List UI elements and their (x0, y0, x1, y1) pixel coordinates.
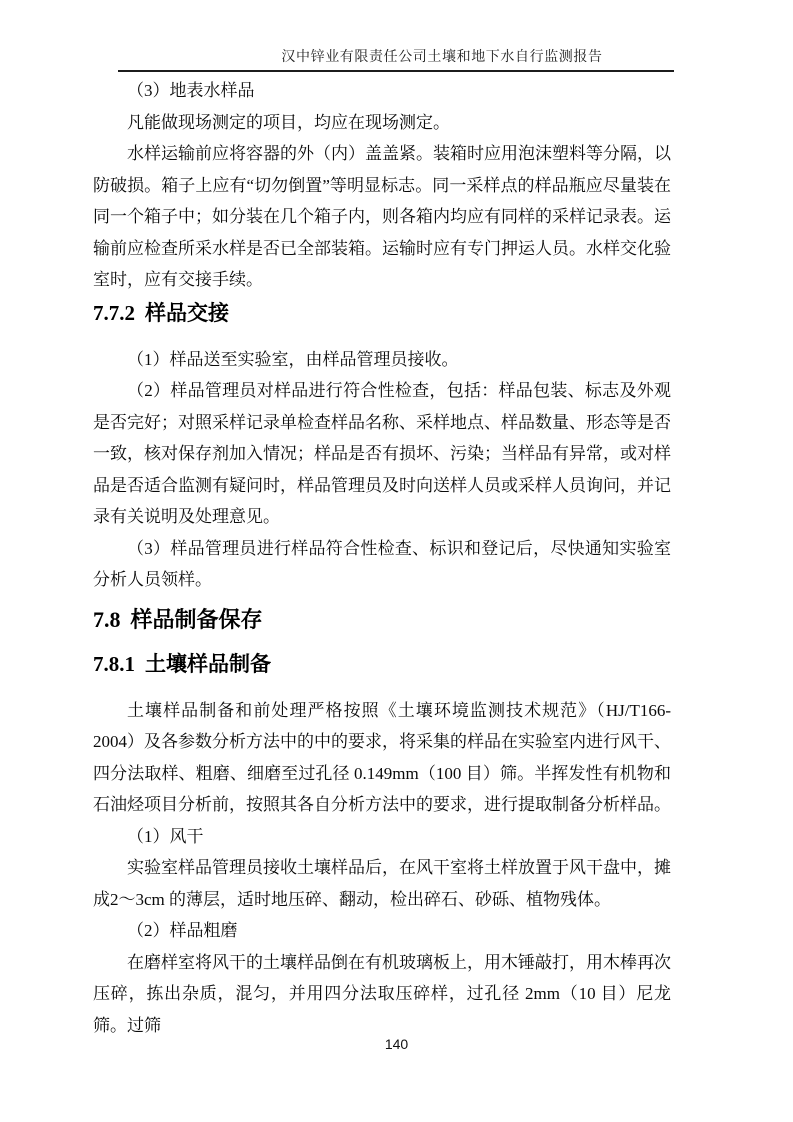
page-number: 140 (0, 1036, 793, 1052)
paragraph-air-drying-label: （1）风干 (93, 821, 671, 853)
heading-title: 样品制备保存 (131, 607, 263, 632)
heading-7-8-1-soil-sample-preparation: 7.8.1土壤样品制备 (93, 647, 671, 682)
running-header: 汉中锌业有限责任公司土壤和地下水自行监测报告 (118, 0, 674, 72)
paragraph-soil-preparation-overview: 土壤样品制备和前处理严格按照《土壤环境监测技术规范》（HJ/T166-2004）… (93, 695, 671, 821)
heading-number: 7.7.2 (93, 301, 135, 325)
paragraph-coarse-grinding-label: （2）样品粗磨 (93, 915, 671, 947)
paragraph-coarse-grinding-detail: 在磨样室将风干的土壤样品倒在有机玻璃板上，用木锤敲打，用木棒再次压碎，拣出杂质，… (93, 947, 671, 1042)
heading-title: 样品交接 (145, 302, 229, 325)
paragraph-handover-item-1: （1）样品送至实验室，由样品管理员接收。 (93, 344, 671, 376)
paragraph-surface-water-sample-label: （3）地表水样品 (93, 75, 671, 107)
paragraph-handover-item-2: （2）样品管理员对样品进行符合性检查，包括：样品包装、标志及外观是否完好；对照采… (93, 375, 671, 533)
heading-title: 土壤样品制备 (145, 653, 271, 676)
paragraph-handover-item-3: （3）样品管理员进行样品符合性检查、标识和登记后，尽快通知实验室分析人员领样。 (93, 533, 671, 596)
heading-7-8-sample-preparation-storage: 7.8样品制备保存 (93, 602, 671, 638)
paragraph-field-measurement: 凡能做现场测定的项目，均应在现场测定。 (93, 107, 671, 139)
paragraph-water-sample-transport: 水样运输前应将容器的外（内）盖盖紧。装箱时应用泡沫塑料等分隔，以防破损。箱子上应… (93, 138, 671, 296)
heading-number: 7.8.1 (93, 652, 135, 676)
heading-number: 7.8 (93, 607, 121, 632)
document-page: 汉中锌业有限责任公司土壤和地下水自行监测报告 （3）地表水样品 凡能做现场测定的… (0, 0, 793, 1122)
heading-7-7-2-sample-handover: 7.7.2样品交接 (93, 296, 671, 331)
running-header-text: 汉中锌业有限责任公司土壤和地下水自行监测报告 (164, 46, 720, 66)
page-body: （3）地表水样品 凡能做现场测定的项目，均应在现场测定。 水样运输前应将容器的外… (93, 75, 671, 1041)
paragraph-air-drying-detail: 实验室样品管理员接收土壤样品后，在风干室将土样放置于风干盘中，摊成2～3cm 的… (93, 852, 671, 915)
